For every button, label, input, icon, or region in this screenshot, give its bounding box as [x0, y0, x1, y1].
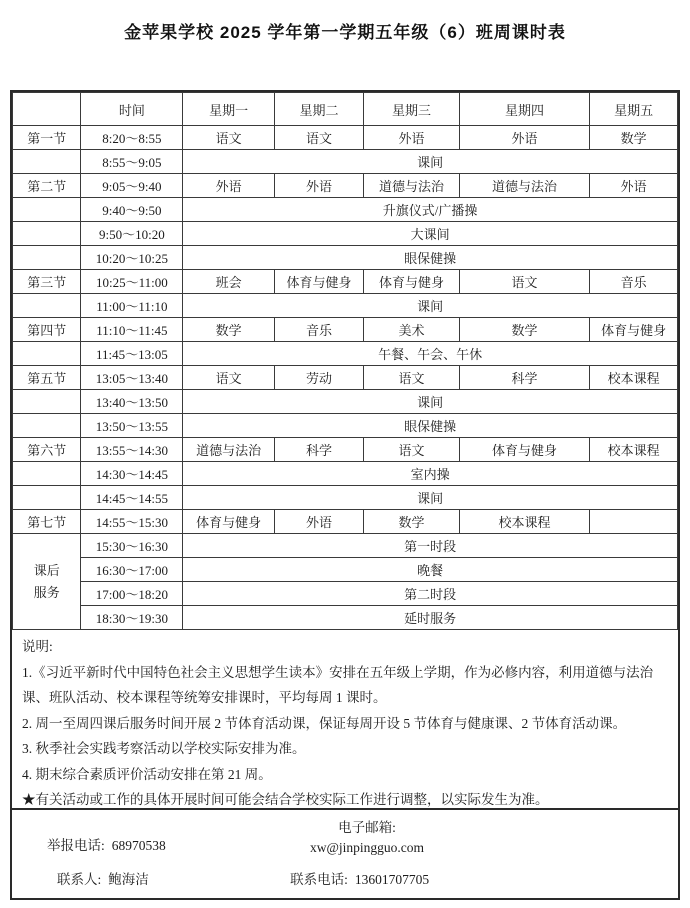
- contact-phone-value: 13601707705: [355, 872, 429, 887]
- time-cell: 13:50～13:55: [81, 414, 183, 438]
- time-cell: 13:40～13:50: [81, 390, 183, 414]
- period-label: 第四节: [13, 318, 81, 342]
- period-label: 第二节: [13, 174, 81, 198]
- subject-cell: 体育与健身: [274, 270, 363, 294]
- col-header-friday: 星期五: [590, 93, 678, 126]
- contact-person-label: 联系人:: [57, 872, 101, 887]
- span-cell: 晚餐: [183, 558, 678, 582]
- time-cell: 15:30～16:30: [81, 534, 183, 558]
- subject-cell: 外语: [459, 126, 589, 150]
- contact-section: 举报电话:68970538 电子邮箱: xw@jinpingguo.com 联系…: [12, 810, 678, 898]
- schedule-table: 时间 星期一 星期二 星期三 星期四 星期五 第一节 8:20～8:55 语文 …: [12, 92, 678, 630]
- span-cell: 课间: [183, 390, 678, 414]
- subject-cell: 道德与法治: [364, 174, 460, 198]
- table-row: 第三节 10:25～11:00 班会 体育与健身 体育与健身 语文 音乐: [13, 270, 678, 294]
- subject-cell: 外语: [274, 510, 363, 534]
- subject-cell: 外语: [590, 174, 678, 198]
- time-cell: 10:20～10:25: [81, 246, 183, 270]
- period-label: [13, 486, 81, 510]
- afterschool-label: 课后 服务: [13, 534, 81, 630]
- subject-cell: 校本课程: [590, 366, 678, 390]
- table-row: 第五节 13:05～13:40 语文 劳动 语文 科学 校本课程: [13, 366, 678, 390]
- period-label: [13, 294, 81, 318]
- subject-cell: 美术: [364, 318, 460, 342]
- time-cell: 18:30～19:30: [81, 606, 183, 630]
- period-label: 第三节: [13, 270, 81, 294]
- subject-cell: 语文: [364, 366, 460, 390]
- subject-cell: [590, 510, 678, 534]
- table-row: 10:20～10:25 眼保健操: [13, 246, 678, 270]
- note-item: 2. 周一至周四课后服务时间开展 2 节体育活动课，保证每周开设 5 节体育与健…: [22, 711, 668, 737]
- table-row: 17:00～18:20 第二时段: [13, 582, 678, 606]
- subject-cell: 班会: [183, 270, 275, 294]
- span-cell: 眼保健操: [183, 414, 678, 438]
- table-row: 第四节 11:10～11:45 数学 音乐 美术 数学 体育与健身: [13, 318, 678, 342]
- col-header-thursday: 星期四: [459, 93, 589, 126]
- period-label: [13, 150, 81, 174]
- header-row: 时间 星期一 星期二 星期三 星期四 星期五: [13, 93, 678, 126]
- subject-cell: 语文: [459, 270, 589, 294]
- subject-cell: 校本课程: [590, 438, 678, 462]
- period-label: [13, 414, 81, 438]
- subject-cell: 体育与健身: [183, 510, 275, 534]
- time-cell: 11:00～11:10: [81, 294, 183, 318]
- subject-cell: 科学: [274, 438, 363, 462]
- time-cell: 9:50～10:20: [81, 222, 183, 246]
- subject-cell: 音乐: [590, 270, 678, 294]
- time-cell: 13:05～13:40: [81, 366, 183, 390]
- time-cell: 11:45～13:05: [81, 342, 183, 366]
- table-row: 18:30～19:30 延时服务: [13, 606, 678, 630]
- note-item: ★有关活动或工作的具体开展时间可能会结合学校实际工作进行调整，以实际发生为准。: [22, 787, 668, 813]
- col-header-wednesday: 星期三: [364, 93, 460, 126]
- subject-cell: 外语: [364, 126, 460, 150]
- time-cell: 14:30～14:45: [81, 462, 183, 486]
- notes-heading: 说明:: [22, 634, 668, 660]
- span-cell: 大课间: [183, 222, 678, 246]
- contact-person-value: 鲍海洁: [108, 872, 149, 887]
- table-row: 11:45～13:05 午餐、午会、午休: [13, 342, 678, 366]
- table-row: 14:30～14:45 室内操: [13, 462, 678, 486]
- notes-section: 说明: 1.《习近平新时代中国特色社会主义思想学生读本》安排在五年级上学期，作为…: [12, 630, 678, 810]
- period-label: 第一节: [13, 126, 81, 150]
- time-cell: 14:45～14:55: [81, 486, 183, 510]
- table-row: 第一节 8:20～8:55 语文 语文 外语 外语 数学: [13, 126, 678, 150]
- subject-cell: 语文: [183, 366, 275, 390]
- note-item: 4. 期末综合素质评价活动安排在第 21 周。: [22, 762, 668, 788]
- page-title: 金苹果学校 2025 学年第一学期五年级（6）班周课时表: [0, 0, 690, 43]
- time-cell: 10:25～11:00: [81, 270, 183, 294]
- period-label: [13, 390, 81, 414]
- subject-cell: 道德与法治: [183, 438, 275, 462]
- note-item: 3. 秋季社会实践考察活动以学校实际安排为准。: [22, 736, 668, 762]
- span-cell: 午餐、午会、午休: [183, 342, 678, 366]
- col-header-time: 时间: [81, 93, 183, 126]
- subject-cell: 体育与健身: [459, 438, 589, 462]
- span-cell: 延时服务: [183, 606, 678, 630]
- contact-bottom-row: 联系人:鲍海洁 联系电话:13601707705: [57, 868, 429, 888]
- table-row: 9:40～9:50 升旗仪式/广播操: [13, 198, 678, 222]
- table-row: 14:45～14:55 课间: [13, 486, 678, 510]
- subject-cell: 外语: [274, 174, 363, 198]
- subject-cell: 语文: [183, 126, 275, 150]
- period-label: [13, 342, 81, 366]
- subject-cell: 道德与法治: [459, 174, 589, 198]
- time-cell: 8:20～8:55: [81, 126, 183, 150]
- period-label: 第七节: [13, 510, 81, 534]
- email-block: 电子邮箱: xw@jinpingguo.com: [34, 810, 690, 858]
- time-cell: 11:10～11:45: [81, 318, 183, 342]
- period-label: [13, 462, 81, 486]
- subject-cell: 外语: [183, 174, 275, 198]
- subject-cell: 科学: [459, 366, 589, 390]
- table-row: 课后 服务 15:30～16:30 第一时段: [13, 534, 678, 558]
- span-cell: 课间: [183, 294, 678, 318]
- col-header-period: [13, 93, 81, 126]
- span-cell: 室内操: [183, 462, 678, 486]
- table-row: 第七节 14:55～15:30 体育与健身 外语 数学 校本课程: [13, 510, 678, 534]
- span-cell: 眼保健操: [183, 246, 678, 270]
- period-label: [13, 246, 81, 270]
- subject-cell: 语文: [274, 126, 363, 150]
- time-cell: 17:00～18:20: [81, 582, 183, 606]
- contact-person: 联系人:鲍海洁: [57, 872, 149, 887]
- time-cell: 14:55～15:30: [81, 510, 183, 534]
- table-row: 13:50～13:55 眼保健操: [13, 414, 678, 438]
- span-cell: 第一时段: [183, 534, 678, 558]
- span-cell: 课间: [183, 150, 678, 174]
- subject-cell: 体育与健身: [364, 270, 460, 294]
- span-cell: 课间: [183, 486, 678, 510]
- subject-cell: 劳动: [274, 366, 363, 390]
- subject-cell: 数学: [459, 318, 589, 342]
- table-row: 第六节 13:55～14:30 道德与法治 科学 语文 体育与健身 校本课程: [13, 438, 678, 462]
- subject-cell: 数学: [364, 510, 460, 534]
- time-cell: 13:55～14:30: [81, 438, 183, 462]
- col-header-monday: 星期一: [183, 93, 275, 126]
- subject-cell: 语文: [364, 438, 460, 462]
- table-row: 11:00～11:10 课间: [13, 294, 678, 318]
- subject-cell: 数学: [590, 126, 678, 150]
- period-label: [13, 222, 81, 246]
- note-item: 1.《习近平新时代中国特色社会主义思想学生读本》安排在五年级上学期，作为必修内容…: [22, 660, 668, 711]
- email-value: xw@jinpingguo.com: [34, 838, 690, 858]
- table-row: 9:50～10:20 大课间: [13, 222, 678, 246]
- table-row: 13:40～13:50 课间: [13, 390, 678, 414]
- span-cell: 第二时段: [183, 582, 678, 606]
- table-row: 第二节 9:05～9:40 外语 外语 道德与法治 道德与法治 外语: [13, 174, 678, 198]
- period-label: 第五节: [13, 366, 81, 390]
- period-label: [13, 198, 81, 222]
- contact-phone-label: 联系电话:: [290, 872, 348, 887]
- col-header-tuesday: 星期二: [274, 93, 363, 126]
- timetable-container: 时间 星期一 星期二 星期三 星期四 星期五 第一节 8:20～8:55 语文 …: [10, 90, 680, 900]
- time-cell: 16:30～17:00: [81, 558, 183, 582]
- subject-cell: 体育与健身: [590, 318, 678, 342]
- contact-phone: 联系电话:13601707705: [290, 872, 429, 887]
- table-row: 16:30～17:00 晚餐: [13, 558, 678, 582]
- subject-cell: 数学: [183, 318, 275, 342]
- span-cell: 升旗仪式/广播操: [183, 198, 678, 222]
- time-cell: 9:05～9:40: [81, 174, 183, 198]
- table-row: 8:55～9:05 课间: [13, 150, 678, 174]
- email-label: 电子邮箱:: [34, 818, 690, 838]
- time-cell: 8:55～9:05: [81, 150, 183, 174]
- subject-cell: 校本课程: [459, 510, 589, 534]
- period-label: 第六节: [13, 438, 81, 462]
- time-cell: 9:40～9:50: [81, 198, 183, 222]
- subject-cell: 音乐: [274, 318, 363, 342]
